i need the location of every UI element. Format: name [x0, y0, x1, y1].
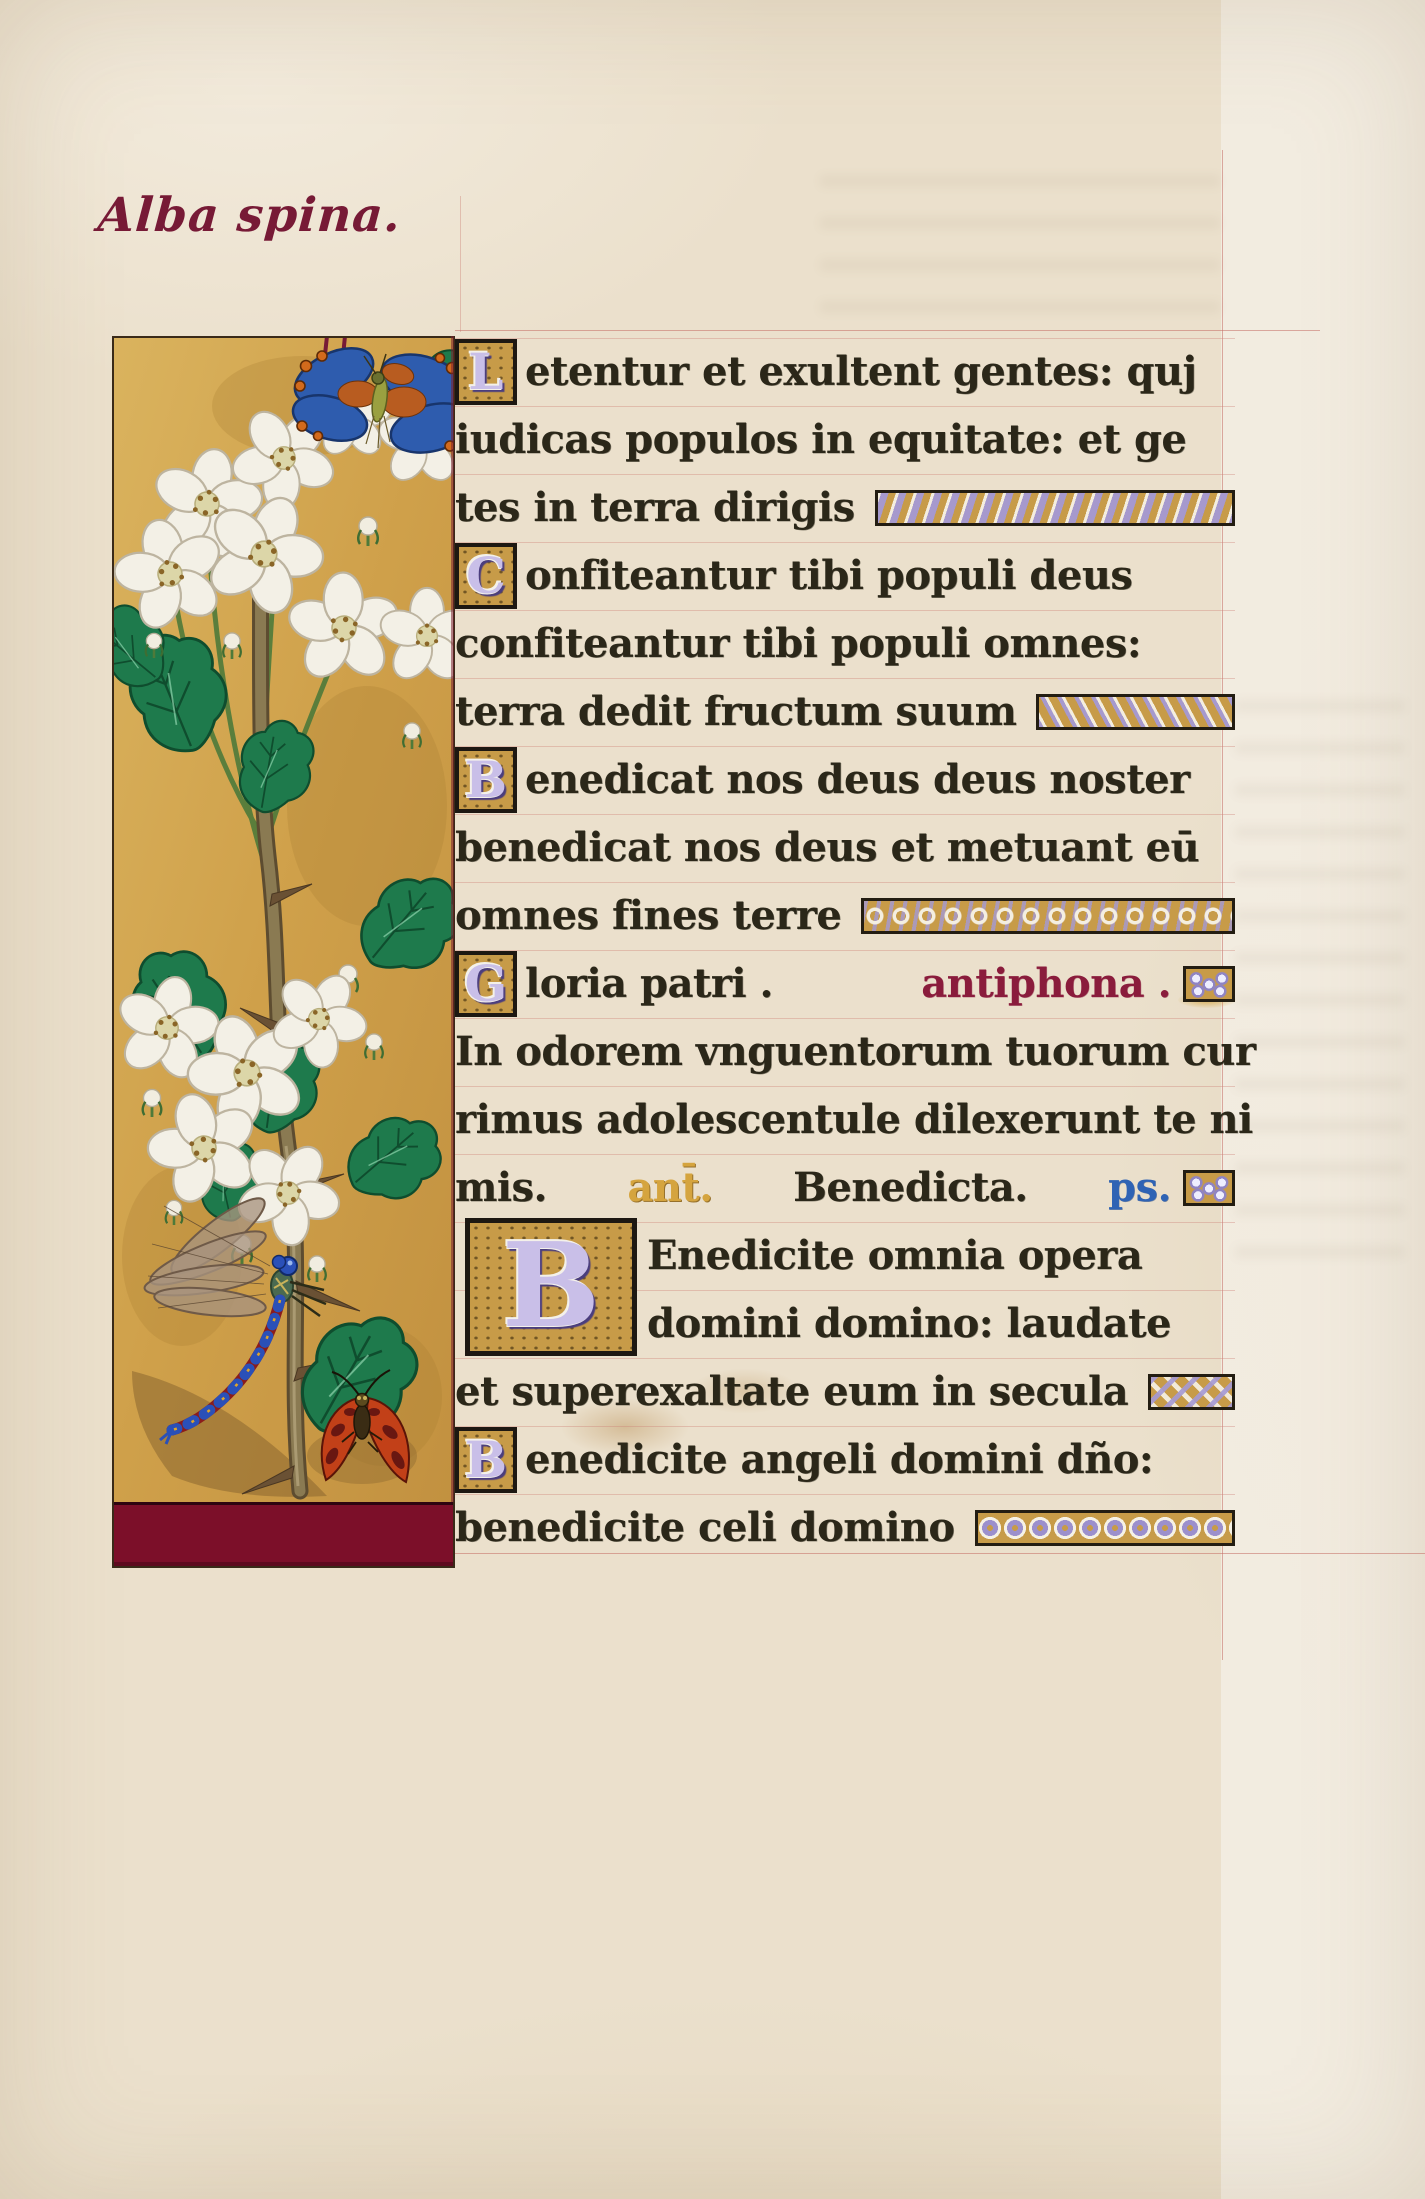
- text-line: Gloria patri .antiphona .: [455, 950, 1235, 1018]
- show-through-text: [820, 175, 1220, 325]
- verse-text: confiteantur tibi populi omnes:: [455, 610, 1141, 678]
- page-title: Alba spina.: [96, 188, 403, 243]
- text-line: Benedicite angeli domini dño:: [455, 1426, 1235, 1494]
- verse-text: etentur et exultent gentes: quj: [525, 338, 1197, 406]
- gilt-abbreviation: ant̄.: [627, 1154, 712, 1222]
- text-line: In odorem vnguentorum tuorum cur: [455, 1018, 1235, 1086]
- text-line: iudicas populos in equitate: et ge: [455, 406, 1235, 474]
- text-line: mis.ant̄.Benedicta.ps.: [455, 1154, 1235, 1222]
- psalm-abbreviation: ps.: [1108, 1154, 1171, 1222]
- verse-text: iudicas populos in equitate: et ge: [455, 406, 1186, 474]
- line-filler: [1183, 1170, 1235, 1206]
- crimson-band: [112, 1502, 455, 1568]
- illuminated-initial-large: B: [465, 1218, 637, 1356]
- verse-text: benedicat nos deus et metuant eū: [455, 814, 1199, 882]
- line-filler: [875, 490, 1235, 526]
- line-filler: [975, 1510, 1235, 1546]
- verse-text: onfiteantur tibi populi deus: [525, 542, 1132, 610]
- text-line: Confiteantur tibi populi deus: [455, 542, 1235, 610]
- verse-text: In odorem vnguentorum tuorum cur: [455, 1018, 1255, 1086]
- illuminated-initial: G: [455, 951, 517, 1017]
- verse-text: enedicat nos deus deus noster: [525, 746, 1190, 814]
- verse-text: et superexaltate eum in secula: [455, 1358, 1128, 1426]
- verse-text: terra dedit fructum suum: [455, 678, 1016, 746]
- ruling-line-top: [455, 330, 1320, 331]
- verse-text: Enedicite omnia opera: [647, 1222, 1142, 1290]
- text-line: benedicite celi domino: [455, 1494, 1235, 1562]
- text-line: rimus adolescentule dilexerunt te ni: [455, 1086, 1235, 1154]
- verse-text: loria patri .: [525, 950, 773, 1018]
- ruling-line-vertical-left: [460, 196, 461, 332]
- text-line: Letentur et exultent gentes: quj: [455, 338, 1235, 406]
- text-line: et superexaltate eum in secula: [455, 1358, 1235, 1426]
- text-block: Letentur et exultent gentes: qujiudicas …: [455, 338, 1235, 1562]
- text-line: tes in terra dirigis: [455, 474, 1235, 542]
- show-through-text: [1235, 700, 1405, 1260]
- illuminated-initial: L: [455, 339, 517, 405]
- verse-text: omnes fines terre: [455, 882, 841, 950]
- verse-text: rimus adolescentule dilexerunt te ni: [455, 1086, 1253, 1154]
- line-filler: [1183, 966, 1235, 1002]
- illuminated-initial: B: [455, 1427, 517, 1493]
- line-filler: [1148, 1374, 1235, 1410]
- text-line: benedicat nos deus et metuant eū: [455, 814, 1235, 882]
- line-filler: [861, 898, 1235, 934]
- manuscript-page: Alba spina.: [0, 0, 1425, 2199]
- verse-text: mis.: [455, 1154, 547, 1222]
- line-filler: [1036, 694, 1235, 730]
- verse-text: tes in terra dirigis: [455, 474, 855, 542]
- illuminated-initial: B: [455, 747, 517, 813]
- verse-text: domini domino: laudate: [647, 1290, 1171, 1358]
- verse-text: enedicite angeli domini dño:: [525, 1426, 1153, 1494]
- illuminated-initial: C: [455, 543, 517, 609]
- text-line: confiteantur tibi populi omnes:: [455, 610, 1235, 678]
- hawthorn-miniature: [112, 336, 455, 1568]
- border-panel: [112, 336, 455, 1568]
- verse-text: Benedicta.: [793, 1154, 1028, 1222]
- verse-text: benedicite celi domino: [455, 1494, 955, 1562]
- text-line: terra dedit fructum suum: [455, 678, 1235, 746]
- text-line: Benedicat nos deus deus noster: [455, 746, 1235, 814]
- text-line: omnes fines terre: [455, 882, 1235, 950]
- rubric-text: antiphona .: [921, 950, 1171, 1018]
